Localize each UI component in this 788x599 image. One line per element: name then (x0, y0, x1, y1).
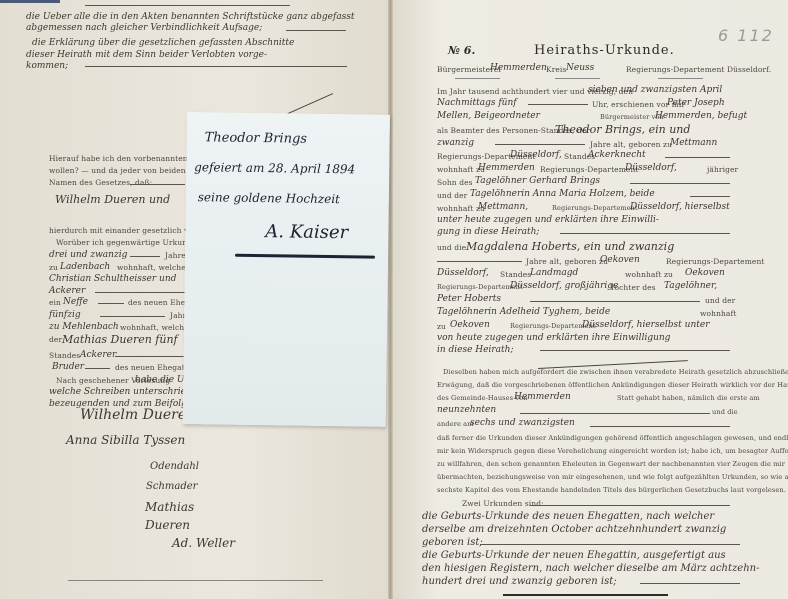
printed-paragraph: übermachten, beziehungsweise von mir ein… (437, 473, 788, 481)
handwritten-fill: Landmagd (530, 268, 578, 278)
background-strip (0, 0, 60, 3)
handwritten-fill: in diese Heirath; (437, 345, 513, 355)
card-line-name: Theodor Brings (205, 130, 308, 146)
groom-name-line: Wilhelm Dueren und (55, 193, 170, 206)
divider-rule (85, 5, 290, 6)
fill-rule (540, 350, 730, 351)
printed-text: und die (437, 243, 466, 252)
witness-field: Neffe (63, 297, 88, 307)
signature-bride: Anna Sibilla Tyssen (66, 433, 185, 447)
printed-text: Jahre alt, geboren zu (590, 140, 672, 149)
handwritten-line: kommen; (26, 61, 68, 71)
printed-text: wohnhaft (700, 309, 737, 318)
fill-rule (530, 505, 730, 506)
printed-text: Standes (500, 270, 531, 279)
handwritten-line: die Erklärung über die gesetzlichen gefa… (32, 38, 294, 48)
handwritten-fill: Düsseldorf, großjährige (510, 281, 618, 291)
handwritten-fill: Hemmerden (478, 163, 535, 173)
printed-paragraph: Dieselben haben mich aufgefordert die zw… (443, 368, 788, 376)
bottom-rule (68, 580, 323, 581)
handwritten-fill: gung in diese Heirath; (437, 227, 539, 237)
printed-paragraph: mir kein Widerspruch gegen diese Verehel… (437, 447, 788, 455)
fill-rule (528, 104, 588, 105)
handwritten-fill: Tagelöhnerin Anna Maria Holzem, beide (470, 189, 655, 199)
printed-text: Sohn des (437, 178, 473, 187)
label-regierung: Regierungs-Departement Düsseldorf. (626, 65, 771, 74)
handwritten-fill: Düsseldorf, hierselbst unter (582, 320, 710, 330)
handwritten-fill: Düsseldorf, (510, 150, 562, 160)
signature-witness: Dueren (145, 518, 190, 532)
handwritten-line: abgemessen nach gleicher Verbindlichkeit… (26, 23, 262, 33)
handwritten-fill: Tagelöhnerin Adelheid Tyghem, beide (437, 307, 610, 317)
printed-paragraph: zu willfahren, den schon genannten Ehele… (437, 460, 785, 468)
fill-rule (640, 583, 740, 584)
documents-label: Zwei Urkunden sind: (462, 499, 544, 508)
witness-field: drei und zwanzig (49, 250, 127, 260)
document-entry: derselbe am dreizehnten October achtzehn… (422, 524, 726, 535)
handwritten-fill: Peter Joseph (667, 98, 725, 108)
handwritten-fill: Peter Hoberts (437, 294, 501, 304)
handwritten-fill: Oekoven (450, 320, 490, 330)
printed-paragraph: Erwägung, daß die vorgeschriebenen öffen… (437, 381, 788, 389)
fill-rule (286, 30, 346, 31)
value-kreis: Neuss (566, 63, 594, 73)
document-entry: hundert drei und zwanzig geboren ist; (422, 576, 617, 587)
fill-rule (130, 256, 160, 257)
printed-text: Namen des Gesetzes, daß: (49, 178, 152, 187)
handwritten-fill: Düsseldorf, (625, 163, 677, 173)
handwritten-fill: Mellen, Beigeordneter (437, 111, 540, 121)
printed-text: der (49, 335, 62, 344)
fill-rule (665, 157, 730, 158)
fill-rule (85, 66, 347, 67)
document-entry: die Geburts-Urkunde der neuen Ehegattin,… (422, 550, 726, 561)
witness-field: Ackerer (80, 350, 116, 360)
printed-text: Regierungs-Departement (552, 204, 638, 212)
printed-text: und der (705, 296, 735, 305)
fill-rule (520, 413, 710, 414)
card-line-occasion: seine goldene Hochzeit (198, 190, 340, 206)
header-rule (555, 78, 600, 79)
printed-text: ein (49, 298, 61, 307)
fill-rule (530, 301, 700, 302)
witness-field: fünfzig (49, 310, 81, 320)
handwritten-fill: zwanzig (437, 138, 474, 148)
pencil-page-number: 6 112 (718, 26, 774, 45)
handwritten-fill: sieben und zwanzigsten April (588, 85, 722, 95)
handwritten-fill: sechs und zwanzigsten (470, 418, 575, 428)
open-book-scan: die Ueber alle die in den Akten benannte… (0, 0, 788, 599)
witness-field: Bruder (52, 362, 84, 372)
handwritten-fill: unter heute zugegen und erklärten ihre E… (437, 215, 659, 225)
signature-witness: Schmader (146, 481, 197, 492)
handwritten-fill: von heute zugegen und erklärten ihre Ein… (437, 333, 670, 343)
fill-rule (100, 316, 165, 317)
fill-rule (85, 368, 110, 369)
header-rule (455, 78, 500, 79)
certificate-title: Heiraths-Urkunde. (534, 43, 675, 58)
fill-rule (437, 261, 522, 262)
handwritten-fill: Oekoven (600, 255, 640, 265)
book-spine (388, 0, 393, 599)
printed-text: wohnhaft zu (625, 270, 673, 279)
fill-rule (115, 356, 185, 357)
printed-text: zu (437, 322, 446, 331)
handwritten-line: dieser Heirath mit dem Sinn beider Verlo… (26, 50, 267, 60)
signature-witness: Odendahl (150, 461, 199, 472)
printed-paragraph: Statt gehabt haben, nämlich die erste am (617, 394, 760, 402)
handwritten-fill: Düsseldorf, (437, 268, 489, 278)
handwritten-fill: Theodor Brings, ein und (555, 123, 690, 136)
witness-field: Mathias Dueren fünf (62, 333, 178, 346)
printed-paragraph: und die (712, 408, 738, 416)
handwritten-fill: Ackerknecht (588, 150, 646, 160)
handwritten-fill: Nachmittags fünf (437, 98, 517, 108)
card-signature: A. Kaiser (265, 221, 348, 243)
witness-field: Ackerer (49, 286, 85, 296)
printed-paragraph: sechste Kapitel des vom Ehestande handel… (437, 486, 788, 494)
handwritten-fill: Hemmerden, befugt (655, 111, 747, 121)
handwritten-fill: Magdalena Hoberts, ein und zwanzig (466, 240, 674, 253)
document-entry: die Geburts-Urkunde des neuen Ehegatten,… (422, 511, 714, 522)
witness-field: Ladenbach (60, 262, 110, 272)
document-entry: den hiesigen Registern, nach welcher die… (422, 563, 759, 574)
handwritten-fill: Düsseldorf, hierselbst (630, 202, 730, 212)
printed-text: Standes (49, 351, 80, 360)
fill-rule (95, 292, 185, 293)
signature-witness: Mathias (145, 500, 194, 514)
printed-text: und der (437, 191, 467, 200)
handwritten-fill: Mettmann, (478, 202, 528, 212)
printed-paragraph: andere am (437, 420, 474, 428)
signature-underline (235, 254, 375, 259)
printed-text: jähriger (707, 165, 738, 174)
value-buergermeisterei: Hemmerden (490, 63, 547, 73)
document-entry: geboren ist; (422, 537, 483, 548)
fill-rule (560, 233, 730, 234)
card-line-date: gefeiert am 28. April 1894 (194, 160, 355, 176)
witness-field: Christian Schultheisser und (49, 274, 176, 284)
handwritten-fill: Hemmerden (514, 392, 571, 402)
closing-rule (503, 594, 668, 596)
handwritten-fill: neunzehnten (437, 405, 496, 415)
printed-paragraph: daß ferner die Urkunden dieser Ankündigu… (437, 434, 788, 442)
fill-rule (690, 196, 730, 197)
header-rule (658, 78, 703, 79)
printed-text: Jahre alt, geboren zu (526, 257, 608, 266)
signature-groom: Wilhelm Dueren (80, 407, 195, 423)
certificate-number: № 6. (448, 44, 475, 57)
handwritten-fill: Oekoven (685, 268, 725, 278)
fill-rule (480, 544, 740, 545)
fill-rule (590, 426, 730, 427)
printed-text: Regierungs-Departement (540, 165, 639, 174)
printed-text: Regierungs-Departement (666, 257, 765, 266)
fill-rule (98, 303, 124, 304)
label-kreis: Kreis (546, 65, 566, 74)
signature-officer: Ad. Weller (172, 536, 235, 550)
handwritten-fill: Tagelöhner Gerhard Brings (475, 176, 600, 186)
printed-text: Tochter des (610, 283, 656, 292)
note-card: Theodor Brings gefeiert am 28. April 189… (183, 112, 390, 427)
fill-rule (130, 184, 185, 185)
witness-field: zu Mehlenbach (49, 322, 119, 332)
fill-rule (495, 144, 585, 145)
fill-rule (630, 183, 730, 184)
handwritten-fill: Tagelöhner, (664, 281, 717, 291)
handwritten-line: die Ueber alle die in den Akten benannte… (26, 12, 355, 22)
printed-text: zu (49, 263, 58, 272)
handwritten-fill: Mettmann (670, 138, 717, 148)
